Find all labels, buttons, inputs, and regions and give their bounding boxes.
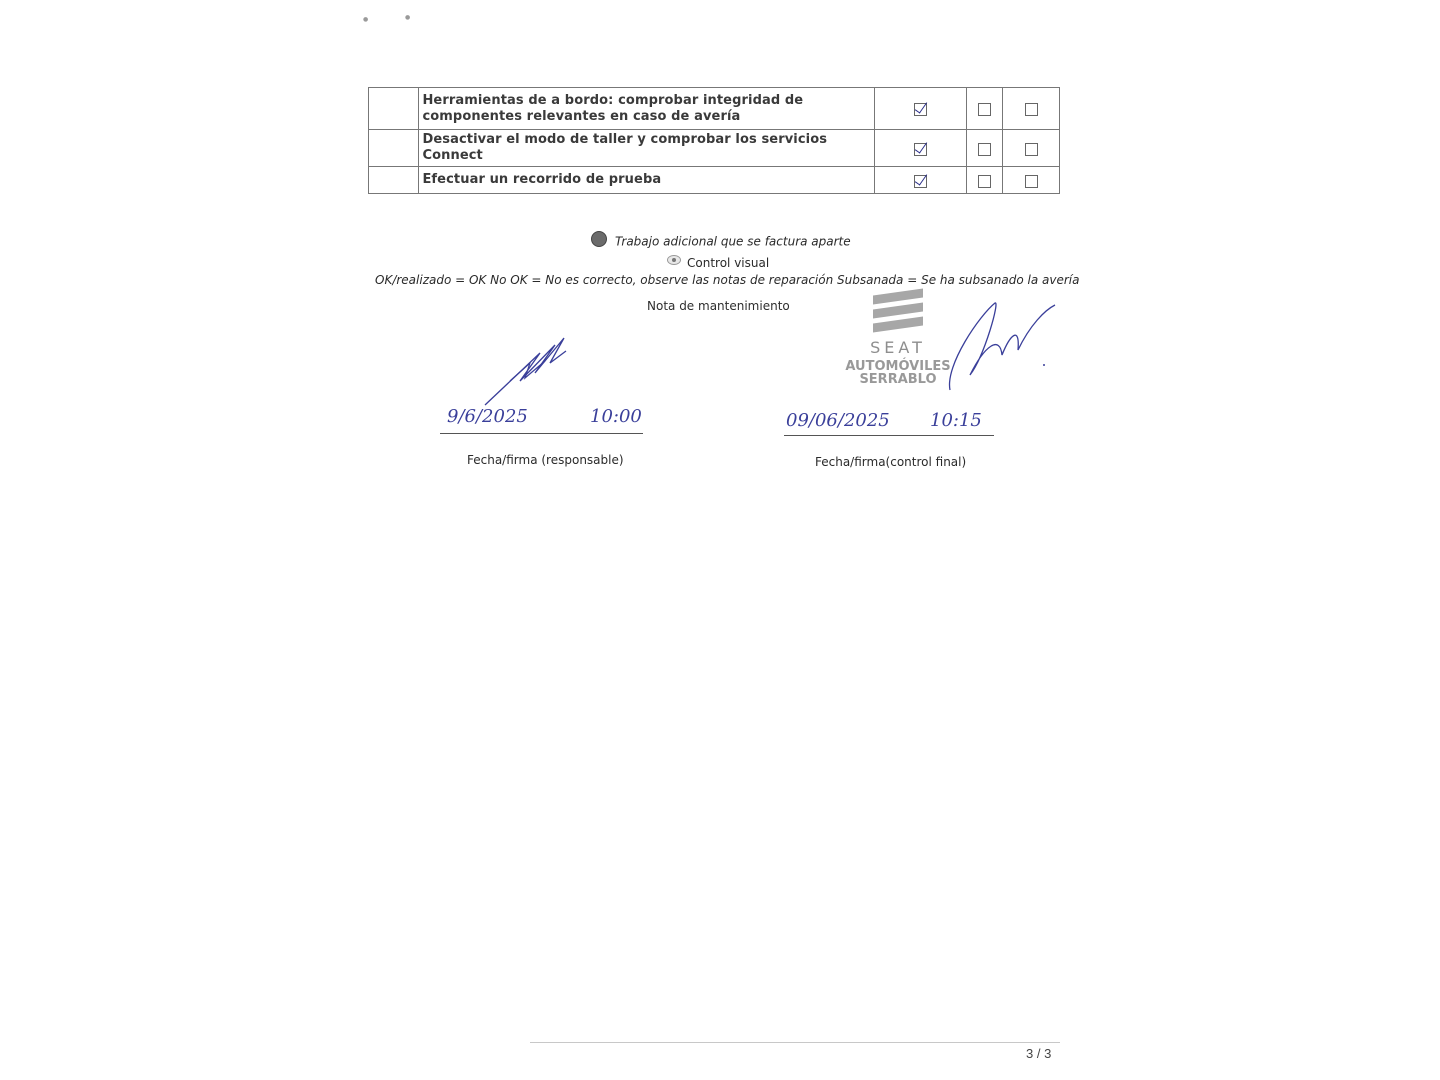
subsanada-checkbox[interactable] — [1025, 175, 1038, 188]
ok-checkbox[interactable] — [914, 143, 927, 156]
table-row: Efectuar un recorrido de prueba — [369, 167, 1060, 194]
legend-extra-work-label: Trabajo adicional que se factura aparte — [615, 235, 851, 249]
final-control-date: 09/06/2025 — [786, 410, 890, 431]
task-text: Efectuar un recorrido de prueba — [419, 167, 874, 194]
table-row: Herramientas de a bordo: comprobar integ… — [369, 88, 1060, 130]
row-number-cell — [369, 88, 419, 130]
responsible-time: 10:00 — [590, 406, 642, 427]
no-ok-checkbox[interactable] — [978, 175, 991, 188]
subsanada-checkbox[interactable] — [1025, 103, 1038, 116]
legend-key: OK/realizado = OK No OK = No es correcto… — [375, 273, 1079, 287]
responsible-signature — [480, 333, 570, 408]
responsible-label: Fecha/firma (responsable) — [467, 453, 624, 467]
dealer-stamp: SEAT AUTOMÓVILES SERRABLO — [843, 290, 953, 387]
legend-extra-work: Trabajo adicional que se factura aparte — [591, 234, 851, 250]
ok-checkbox[interactable] — [914, 103, 927, 116]
task-text: Desactivar el modo de taller y comprobar… — [419, 130, 874, 167]
table-row: Desactivar el modo de taller y comprobar… — [369, 130, 1060, 167]
maintenance-note-title: Nota de mantenimiento — [647, 299, 790, 313]
page-number: 3 / 3 — [1026, 1046, 1051, 1061]
task-text: Herramientas de a bordo: comprobar integ… — [419, 88, 874, 130]
responsible-signature-line — [440, 433, 643, 434]
stamp-brand: SEAT — [843, 338, 953, 357]
row-number-cell — [369, 130, 419, 167]
row-number-cell — [369, 167, 419, 194]
stamp-dealer-line2: SERRABLO — [843, 372, 953, 387]
final-control-label: Fecha/firma(control final) — [815, 455, 966, 469]
no-ok-checkbox[interactable] — [978, 103, 991, 116]
seat-logo-icon — [873, 290, 923, 332]
final-control-signature-line — [784, 435, 994, 436]
footer-divider — [530, 1042, 1060, 1043]
subsanada-checkbox[interactable] — [1025, 143, 1038, 156]
no-ok-checkbox[interactable] — [978, 143, 991, 156]
ok-checkbox[interactable] — [914, 175, 927, 188]
scan-artifact: ● — [405, 14, 410, 21]
checklist-table: Herramientas de a bordo: comprobar integ… — [368, 87, 1060, 194]
final-control-time: 10:15 — [930, 410, 982, 431]
legend-visual-check-label: Control visual — [687, 256, 769, 270]
eye-icon — [667, 255, 681, 265]
legend-visual-check: Control visual — [667, 256, 769, 270]
scan-artifact: ● — [363, 16, 368, 23]
final-control-signature — [940, 295, 1060, 395]
grey-circle-icon — [591, 231, 607, 247]
responsible-date: 9/6/2025 — [447, 406, 528, 427]
